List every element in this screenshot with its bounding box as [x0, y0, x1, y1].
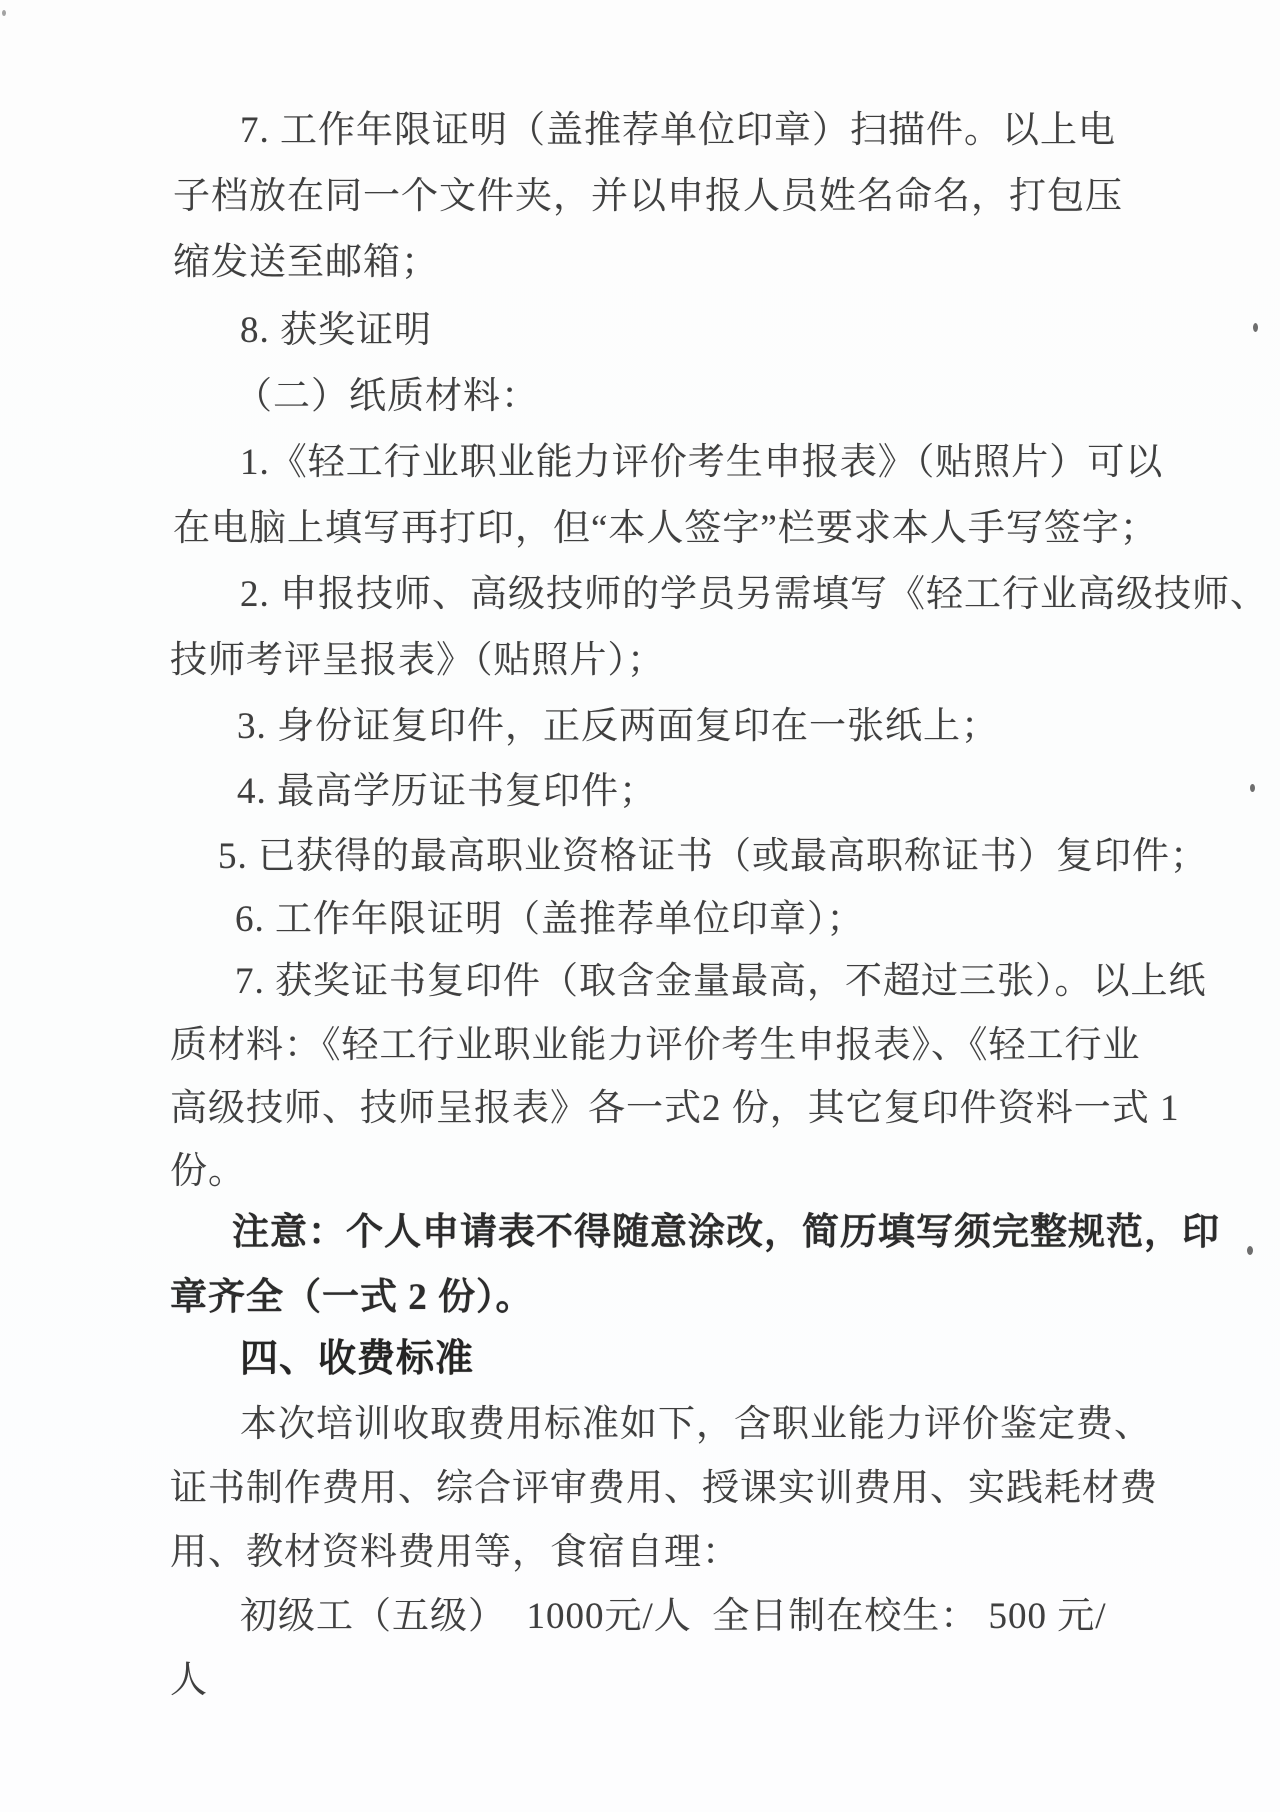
scan-speck: [1247, 1246, 1253, 1255]
text-line: 用、教材资料费用等，食宿自理：: [170, 1534, 740, 1571]
text-line: 7. 工作年限证明（盖推荐单位印章）扫描件。以上电: [240, 112, 1116, 149]
text-line: 份。: [170, 1153, 246, 1190]
text-line: 本次培训收取费用标准如下，含职业能力评价鉴定费、: [240, 1406, 1152, 1443]
text-line: 6. 工作年限证明（盖推荐单位印章）；: [235, 901, 865, 938]
notice-line: 章齐全（一式 2 份）。: [170, 1279, 534, 1316]
fee-line: 初级工（五级） 1000元/人 全日制在校生： 500 元/: [240, 1598, 1107, 1635]
scan-speck: [1250, 784, 1255, 792]
text-line: 5. 已获得的最高职业资格证书（或最高职称证书）复印件；: [218, 838, 1208, 875]
text-line: 证书制作费用、综合评审费用、授课实训费用、实践耗材费: [170, 1470, 1158, 1507]
text-line: 在电脑上填写再打印，但“本人签字”栏要求本人手写签字；: [173, 510, 1158, 547]
text-line: 4. 最高学历证书复印件；: [237, 773, 657, 810]
scanned-document-page: 7. 工作年限证明（盖推荐单位印章）扫描件。以上电 子档放在同一个文件夹，并以申…: [0, 0, 1280, 1812]
scan-speck: [2, 10, 6, 16]
section-heading-fees: 四、收费标准: [240, 1340, 474, 1378]
text-line: 8. 获奖证明: [240, 312, 432, 349]
notice-line: 注意：个人申请表不得随意涂改，简历填写须完整规范，印: [232, 1214, 1220, 1251]
text-line: 1.《轻工行业职业能力评价考生申报表》（贴照片）可以: [240, 444, 1163, 481]
text-line: 子档放在同一个文件夹，并以申报人员姓名命名，打包压: [173, 178, 1123, 215]
text-line: （二）纸质材料：: [235, 378, 539, 415]
text-line: 3. 身份证复印件，正反两面复印在一张纸上；: [237, 708, 999, 745]
text-line: 缩发送至邮箱；: [173, 244, 439, 281]
text-line: 高级技师、技师呈报表》各一式2 份，其它复印件资料一式 1: [170, 1090, 1180, 1127]
text-line: 7. 获奖证书复印件（取含金量最高，不超过三张）。以上纸: [235, 963, 1207, 1000]
scan-speck: [1253, 323, 1258, 332]
text-line: 质材料：《轻工行业职业能力评价考生申报表》、《轻工行业: [170, 1027, 1141, 1064]
text-line: 2. 申报技师、高级技师的学员另需填写《轻工行业高级技师、: [240, 576, 1268, 613]
text-line: 人: [170, 1662, 208, 1699]
text-line: 技师考评呈报表》（贴照片）；: [170, 642, 665, 679]
